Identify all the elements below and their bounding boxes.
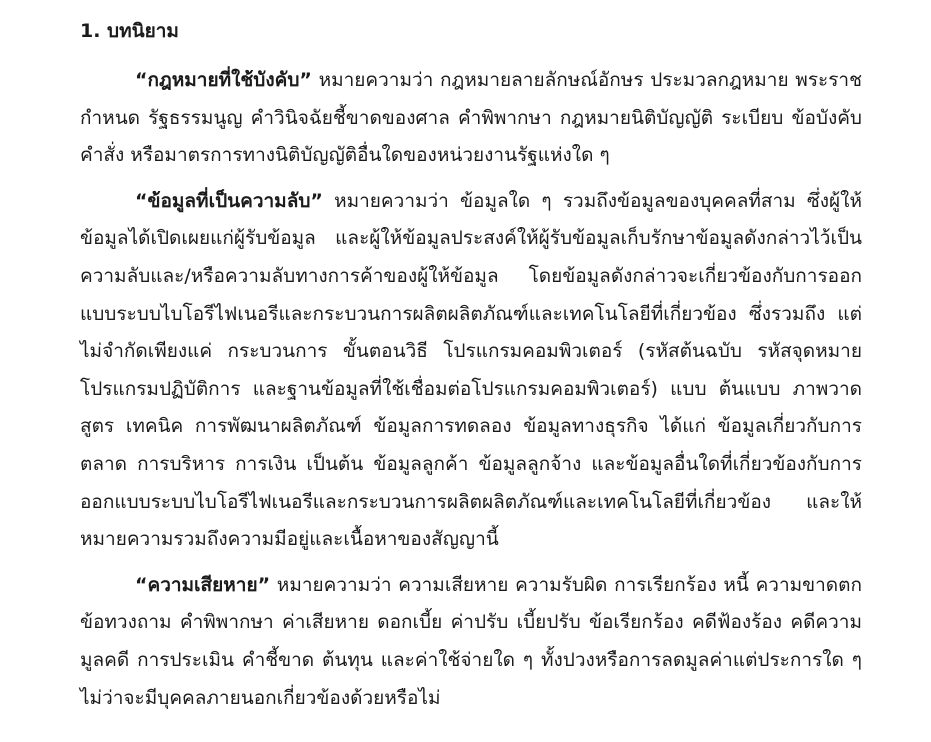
definition-paragraph-confidential-information: “ข้อมูลที่เป็นความลับ” หมายความว่า ข้อมู…: [80, 183, 862, 559]
defined-term: “ข้อมูลที่เป็นความลับ”: [135, 190, 323, 212]
defined-term: “กฎหมายที่ใช้บังคับ”: [135, 69, 312, 91]
definition-paragraph-applicable-law: “กฎหมายที่ใช้บังคับ” หมายความว่า กฎหมายล…: [80, 62, 862, 175]
defined-term: “ความเสียหาย”: [135, 574, 270, 596]
section-heading: 1. บทนิยาม: [80, 16, 862, 46]
document-page: 1. บทนิยาม “กฎหมายที่ใช้บังคับ” หมายความ…: [0, 0, 931, 742]
definition-paragraph-damages: “ความเสียหาย” หมายความว่า ความเสียหาย คว…: [80, 567, 862, 717]
definition-body: หมายความว่า ข้อมูลใด ๆ รวมถึงข้อมูลของบุ…: [80, 190, 862, 550]
